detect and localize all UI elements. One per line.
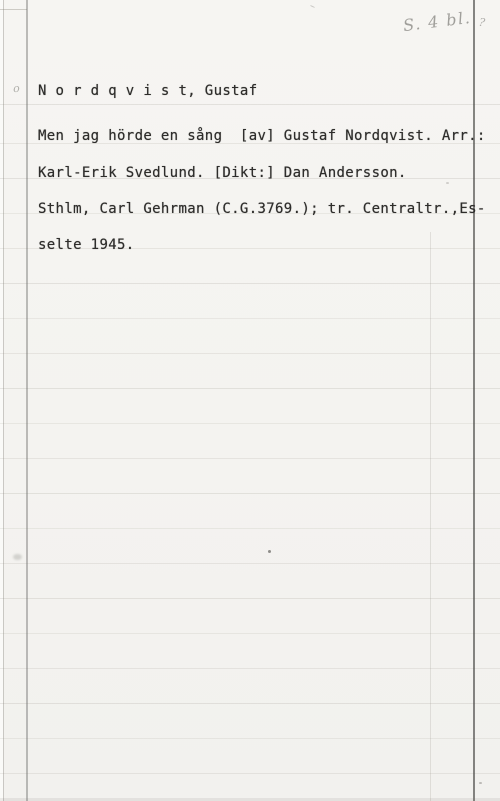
handwritten-margin-mark: o xyxy=(12,82,20,96)
scan-speck xyxy=(310,5,315,8)
scan-smudge xyxy=(13,554,22,560)
ruled-line xyxy=(0,423,500,424)
ruled-line xyxy=(0,668,500,669)
faint-vertical-line xyxy=(430,232,431,801)
catalog-card-scan: S. 4 bl. ? o N o r d q v i s t, Gustaf M… xyxy=(0,0,500,801)
right-margin-rule xyxy=(473,0,475,801)
entry-line-2: Karl-Erik Svedlund. [Dikt:] Dan Andersso… xyxy=(38,166,407,180)
handwritten-shelfmark-note: S. 4 bl. xyxy=(402,8,472,35)
scan-speck xyxy=(446,182,449,184)
scan-speck xyxy=(479,782,482,784)
ruled-line xyxy=(0,703,500,704)
entry-line-1: Men jag hörde en sång [av] Gustaf Nordqv… xyxy=(38,129,486,143)
ruled-line xyxy=(0,528,500,529)
ruled-line xyxy=(0,773,500,774)
top-left-rule-fragment xyxy=(0,9,27,10)
handwritten-corner-mark: ? xyxy=(478,16,486,30)
scan-speck xyxy=(268,550,271,553)
ruled-line xyxy=(0,563,500,564)
ruled-line xyxy=(0,738,500,739)
ruled-line xyxy=(0,598,500,599)
scan-left-edge-line xyxy=(3,0,4,801)
ruled-line xyxy=(0,388,500,389)
ruled-line xyxy=(0,633,500,634)
ruled-line xyxy=(0,318,500,319)
ruled-line xyxy=(0,493,500,494)
author-heading: N o r d q v i s t, Gustaf xyxy=(38,84,257,98)
ruled-line xyxy=(0,458,500,459)
ruled-line xyxy=(0,353,500,354)
ruled-line xyxy=(0,283,500,284)
entry-line-3: Sthlm, Carl Gehrman (C.G.3769.); tr. Cen… xyxy=(38,202,486,216)
left-margin-rule xyxy=(26,0,28,801)
entry-line-4: selte 1945. xyxy=(38,238,135,252)
ruled-line xyxy=(0,104,500,105)
